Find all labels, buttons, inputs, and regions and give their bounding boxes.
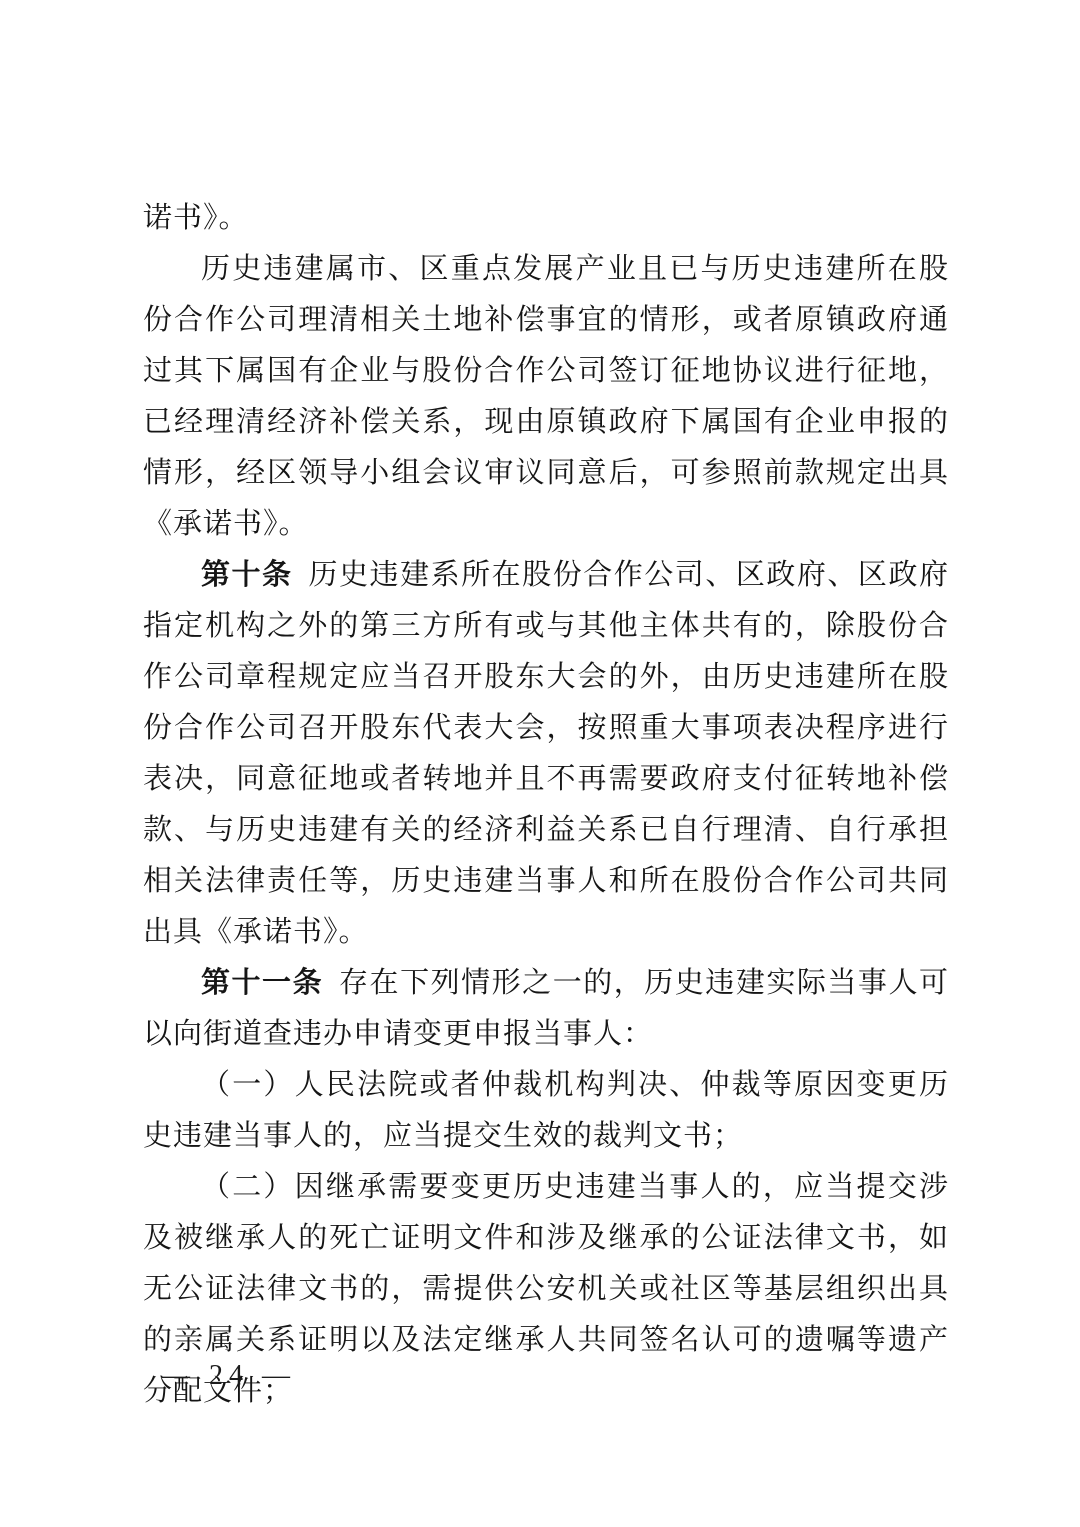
paragraph: 第十条历史违建系所在股份合作公司、区政府、区政府指定机构之外的第三方所有或与其他… bbox=[143, 550, 949, 958]
paragraph: （一）人民法院或者仲裁机构判决、仲裁等原因变更历史违建当事人的，应当提交生效的裁… bbox=[143, 1060, 949, 1162]
paragraph-text: （一）人民法院或者仲裁机构判决、仲裁等原因变更历史违建当事人的，应当提交生效的裁… bbox=[143, 1069, 949, 1152]
page-number: — 24 — bbox=[162, 1356, 296, 1396]
paragraph-text: 诺书》。 bbox=[143, 202, 249, 234]
document-body: 诺书》。 历史违建属市、区重点发展产业且已与历史违建所在股份合作公司理清相关土地… bbox=[143, 193, 949, 1417]
paragraph: 历史违建属市、区重点发展产业且已与历史违建所在股份合作公司理清相关土地补偿事宜的… bbox=[143, 244, 949, 550]
paragraph: 诺书》。 bbox=[143, 193, 949, 244]
article-number: 第十条 bbox=[201, 559, 293, 591]
paragraph: 第十一条存在下列情形之一的，历史违建实际当事人可以向街道查违办申请变更申报当事人… bbox=[143, 958, 949, 1060]
paragraph-text: 历史违建系所在股份合作公司、区政府、区政府指定机构之外的第三方所有或与其他主体共… bbox=[143, 559, 949, 948]
document-page: 诺书》。 历史违建属市、区重点发展产业且已与历史违建所在股份合作公司理清相关土地… bbox=[0, 0, 1080, 1527]
article-number: 第十一条 bbox=[201, 967, 323, 999]
paragraph-text: 历史违建属市、区重点发展产业且已与历史违建所在股份合作公司理清相关土地补偿事宜的… bbox=[143, 253, 949, 540]
